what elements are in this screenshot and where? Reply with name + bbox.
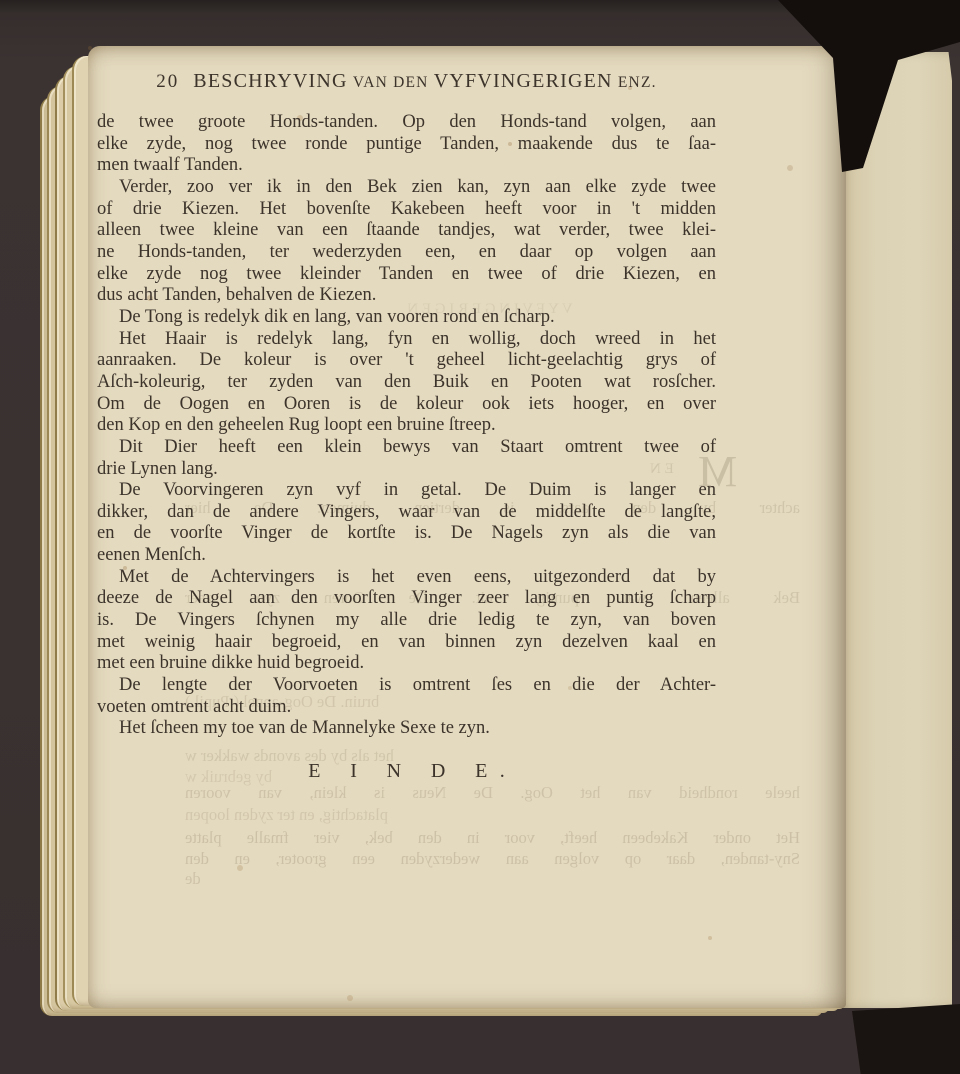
text-line: dus acht Tanden, behalven de Kiezen. xyxy=(97,285,716,307)
text-line: elke zyde nog twee kleinder Tanden en tw… xyxy=(97,264,716,286)
page-text: 20BESCHRYVING VAN DEN VYFVINGERIGEN ENZ.… xyxy=(97,64,716,783)
text-line: den Kop en den geheelen Rug loopt een br… xyxy=(97,415,716,437)
text-line: Met de Achtervingers is het even eens, u… xyxy=(97,567,716,589)
page-header: 20BESCHRYVING VAN DEN VYFVINGERIGEN ENZ. xyxy=(97,64,716,104)
text-line: dikker, dan de andere Vingers, waar van … xyxy=(97,502,716,524)
text-line: de twee groote Honds-tanden. Op den Hond… xyxy=(97,112,716,134)
header-title: BESCHRYVING xyxy=(193,70,347,92)
text-line: en de voorſte Vinger de kortſte is. De N… xyxy=(97,523,716,545)
text-line: De Tong is redelyk dik en lang, van voor… xyxy=(97,307,716,329)
text-line: of drie Kiezen. Het bovenſte Kakebeen he… xyxy=(97,199,716,221)
text-line: alleen twee kleine van een ſtaande tandj… xyxy=(97,220,716,242)
einde-label: E I N D E. xyxy=(97,760,716,783)
facing-page xyxy=(836,52,952,1008)
text-line: Dit Dier heeft een klein bewys van Staar… xyxy=(97,437,716,459)
text-line: Om de Oogen en Ooren is de koleur ook ie… xyxy=(97,394,716,416)
book-cover-corner xyxy=(852,1004,960,1074)
text-line: ne Honds-tanden, ter wederzyden een, en … xyxy=(97,242,716,264)
text-line: Verder, zoo ver ik in den Bek zien kan, … xyxy=(97,177,716,199)
text-line: aanraaken. De koleur is over 't geheel l… xyxy=(97,350,716,372)
text-line: Het Haair is redelyk lang, fyn en wollig… xyxy=(97,329,716,351)
text-line: voeten omtrent acht duim. xyxy=(97,697,716,719)
header-title: VYFVINGERIGEN xyxy=(434,70,613,92)
header-title-small: VAN DEN xyxy=(353,74,429,91)
text-line: De Voorvingeren zyn vyf in getal. De Dui… xyxy=(97,480,716,502)
text-line: met weinig haair begroeid, en van binnen… xyxy=(97,632,716,654)
text-line: met een bruine dikke huid begroeid. xyxy=(97,653,716,675)
text-line: drie Lynen lang. xyxy=(97,459,716,481)
text-line: Aſch-koleurig, ter zyden van den Buik en… xyxy=(97,372,716,394)
text-line: is. De Vingers ſchynen my alle drie ledi… xyxy=(97,610,716,632)
text-line: Het ſcheen my toe van de Mannelyke Sexe … xyxy=(97,718,716,740)
foxing-speckles xyxy=(88,46,92,50)
text-line: eenen Menſch. xyxy=(97,545,716,567)
text-line: deeze de Nagel aan den voorſten Vinger z… xyxy=(97,588,716,610)
photo-background: V Y F V I N G E R I G E NME Nachter by d… xyxy=(0,0,960,1074)
text-line: men twaalf Tanden. xyxy=(97,155,716,177)
header-title-small: ENZ. xyxy=(618,74,657,91)
text-line: elke zyde, nog twee ronde puntige Tanden… xyxy=(97,134,716,156)
text-line: De lengte der Voorvoeten is omtrent ſes … xyxy=(97,675,716,697)
body-text: de twee groote Honds-tanden. Op den Hond… xyxy=(97,112,716,740)
page-number: 20 xyxy=(156,71,179,92)
